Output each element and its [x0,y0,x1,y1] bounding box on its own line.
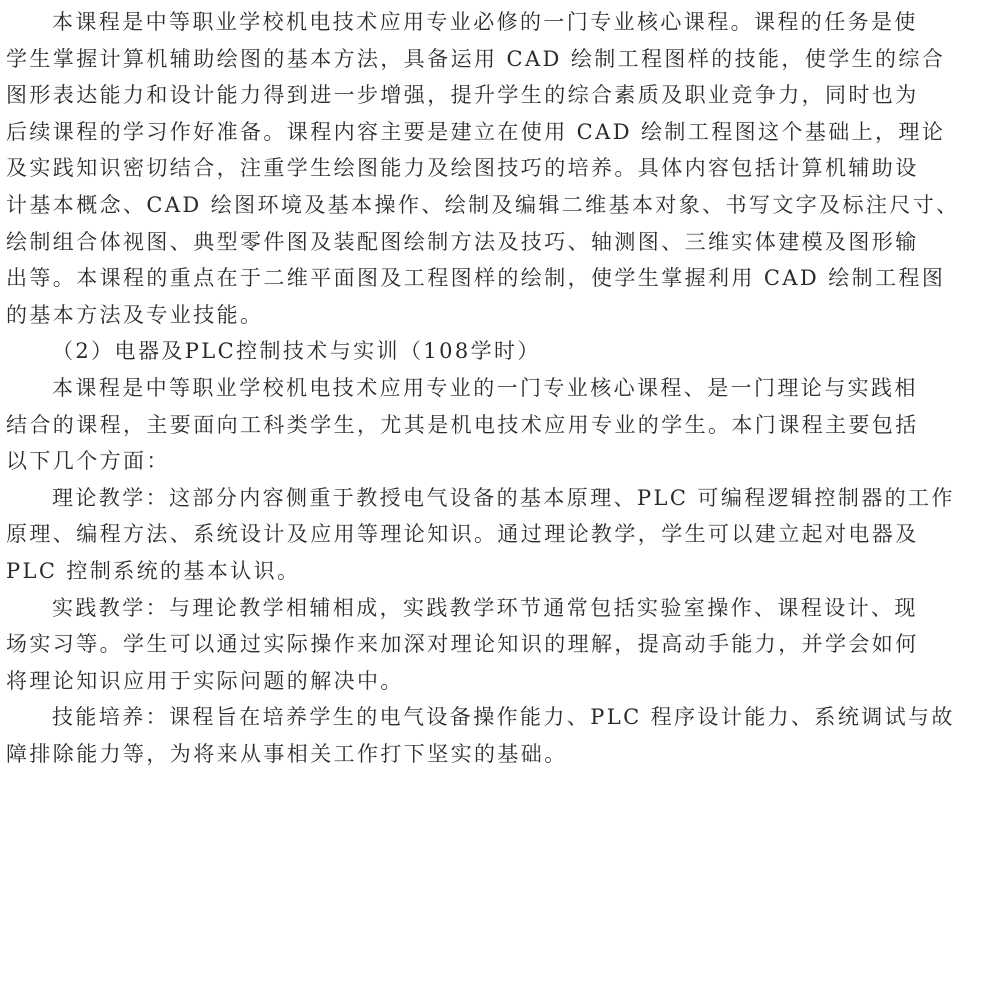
text-line: 实践教学：与理论教学相辅相成，实践教学环节通常包括实验室操作、课程设计、现 [52,590,1000,626]
text-line: PLC 控制系统的基本认识。 [6,553,966,589]
text-line: 技能培养：课程旨在培养学生的电气设备操作能力、PLC 程序设计能力、系统调试与故 [52,699,1000,735]
section-heading-plc: （2）电器及PLC控制技术与实训（108学时） [52,333,1000,369]
text-line: 本课程是中等职业学校机电技术应用专业必修的一门专业核心课程。课程的任务是使 [52,4,1000,40]
text-line: 场实习等。学生可以通过实际操作来加深对理论知识的理解，提高动手能力，并学会如何 [6,626,966,662]
text-line: 将理论知识应用于实际问题的解决中。 [6,663,966,699]
text-line: 的基本方法及专业技能。 [6,297,966,333]
document-page: 本课程是中等职业学校机电技术应用专业必修的一门专业核心课程。课程的任务是使 学生… [0,0,1000,1000]
text-line: 及实践知识密切结合，注重学生绘图能力及绘图技巧的培养。具体内容包括计算机辅助设 [6,150,966,186]
text-line: 出等。本课程的重点在于二维平面图及工程图样的绘制，使学生掌握利用 CAD 绘制工… [6,260,966,296]
text-line: 图形表达能力和设计能力得到进一步增强，提升学生的综合素质及职业竞争力，同时也为 [6,77,966,113]
text-line: 原理、编程方法、系统设计及应用等理论知识。通过理论教学，学生可以建立起对电器及 [6,516,966,552]
text-line: 后续课程的学习作好准备。课程内容主要是建立在使用 CAD 绘制工程图这个基础上，… [6,114,966,150]
text-line: 结合的课程，主要面向工科类学生，尤其是机电技术应用专业的学生。本门课程主要包括 [6,407,966,443]
text-line: 学生掌握计算机辅助绘图的基本方法，具备运用 CAD 绘制工程图样的技能，使学生的… [6,41,966,77]
text-line: 计基本概念、CAD 绘图环境及基本操作、绘制及编辑二维基本对象、书写文字及标注尺… [6,187,966,223]
text-line: 本课程是中等职业学校机电技术应用专业的一门专业核心课程、是一门理论与实践相 [52,370,1000,406]
text-line: 以下几个方面： [6,443,966,479]
text-line: 理论教学：这部分内容侧重于教授电气设备的基本原理、PLC 可编程逻辑控制器的工作 [52,480,1000,516]
text-line: 绘制组合体视图、典型零件图及装配图绘制方法及技巧、轴测图、三维实体建模及图形输 [6,224,966,260]
text-line: 障排除能力等，为将来从事相关工作打下坚实的基础。 [6,736,966,772]
